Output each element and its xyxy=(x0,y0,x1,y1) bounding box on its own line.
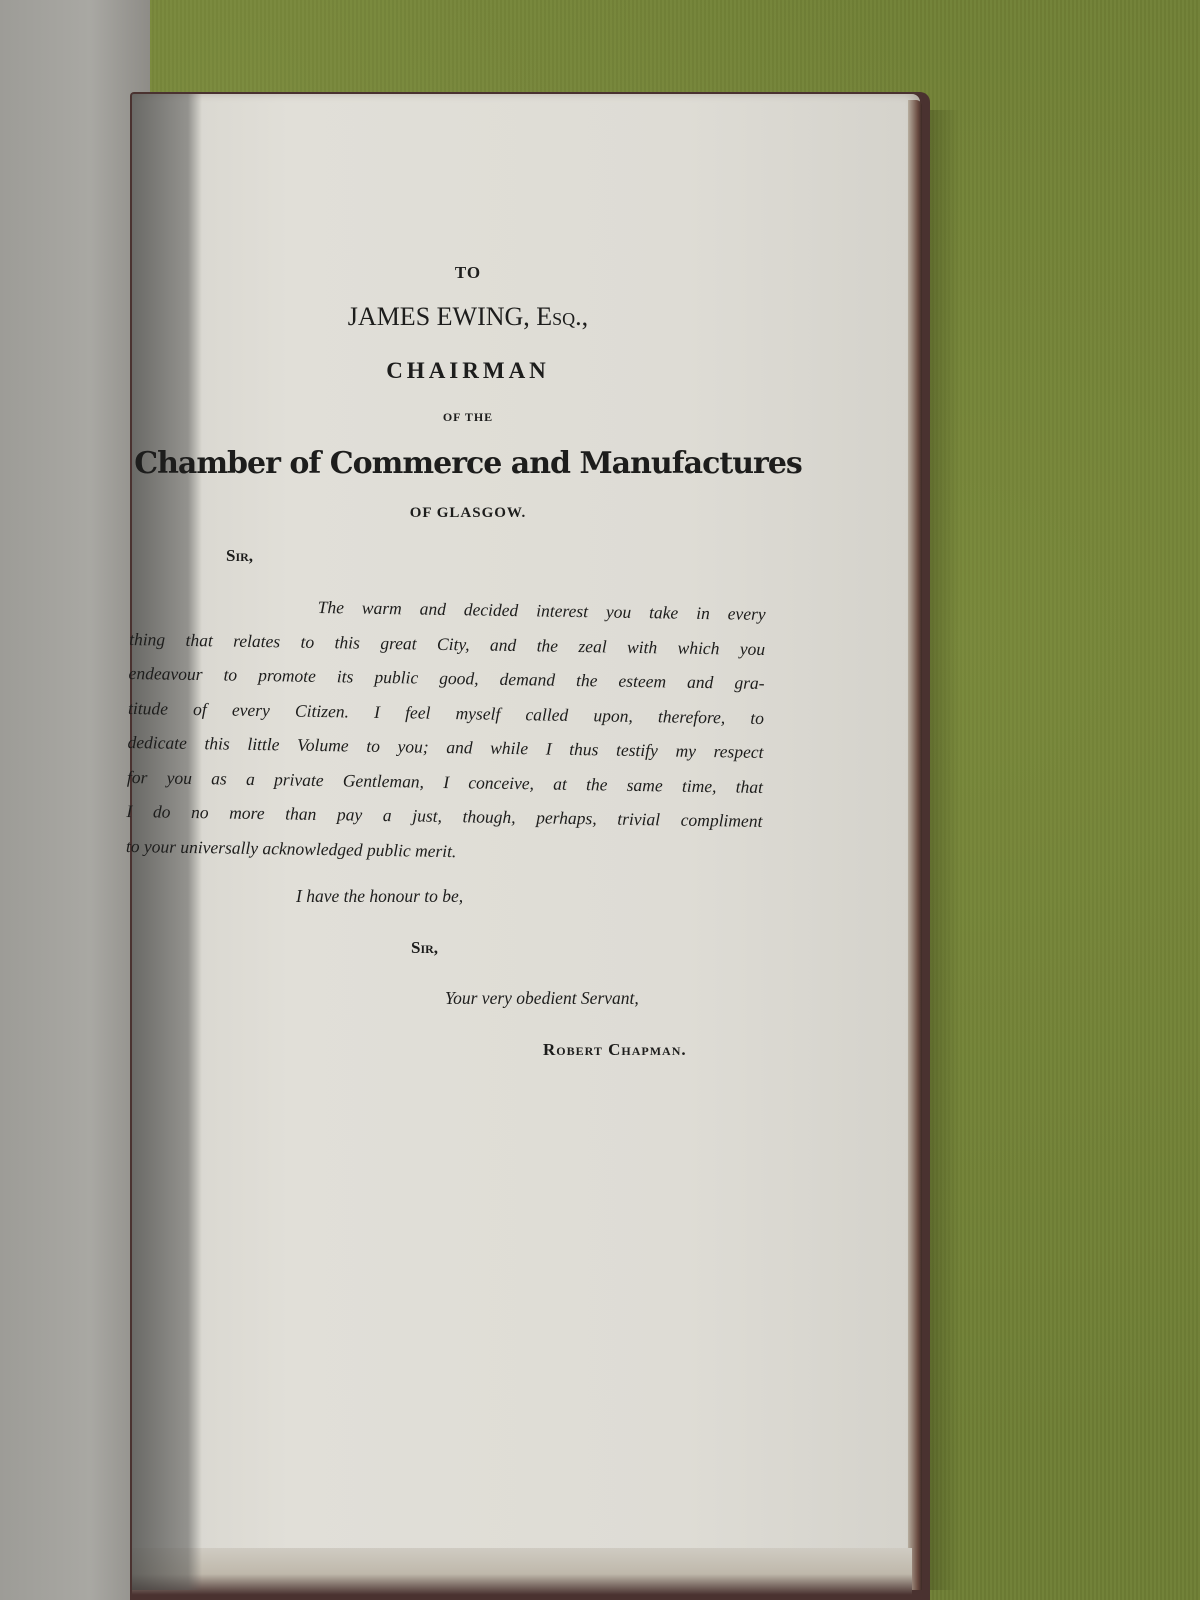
recipient-name: JAMES EWING, Esq., xyxy=(0,302,936,332)
closing-salutation: Sir, xyxy=(411,938,438,958)
page-bottom-edge xyxy=(132,1548,912,1600)
dedication-body: The warm and decided interest you take i… xyxy=(126,587,766,873)
recipient-title: CHAIRMAN xyxy=(0,358,936,384)
organization-name: Chamber of Commerce and Manufactures xyxy=(0,446,936,481)
salutation: Sir, xyxy=(226,546,253,566)
of-the-label: OF THE xyxy=(0,410,936,425)
closing-line: I have the honour to be, xyxy=(296,886,463,907)
dedication-to: TO xyxy=(0,263,936,283)
city-label: OF GLASGOW. xyxy=(0,505,936,522)
valediction: Your very obedient Servant, xyxy=(445,988,639,1009)
signature: Robert Chapman. xyxy=(543,1040,687,1060)
